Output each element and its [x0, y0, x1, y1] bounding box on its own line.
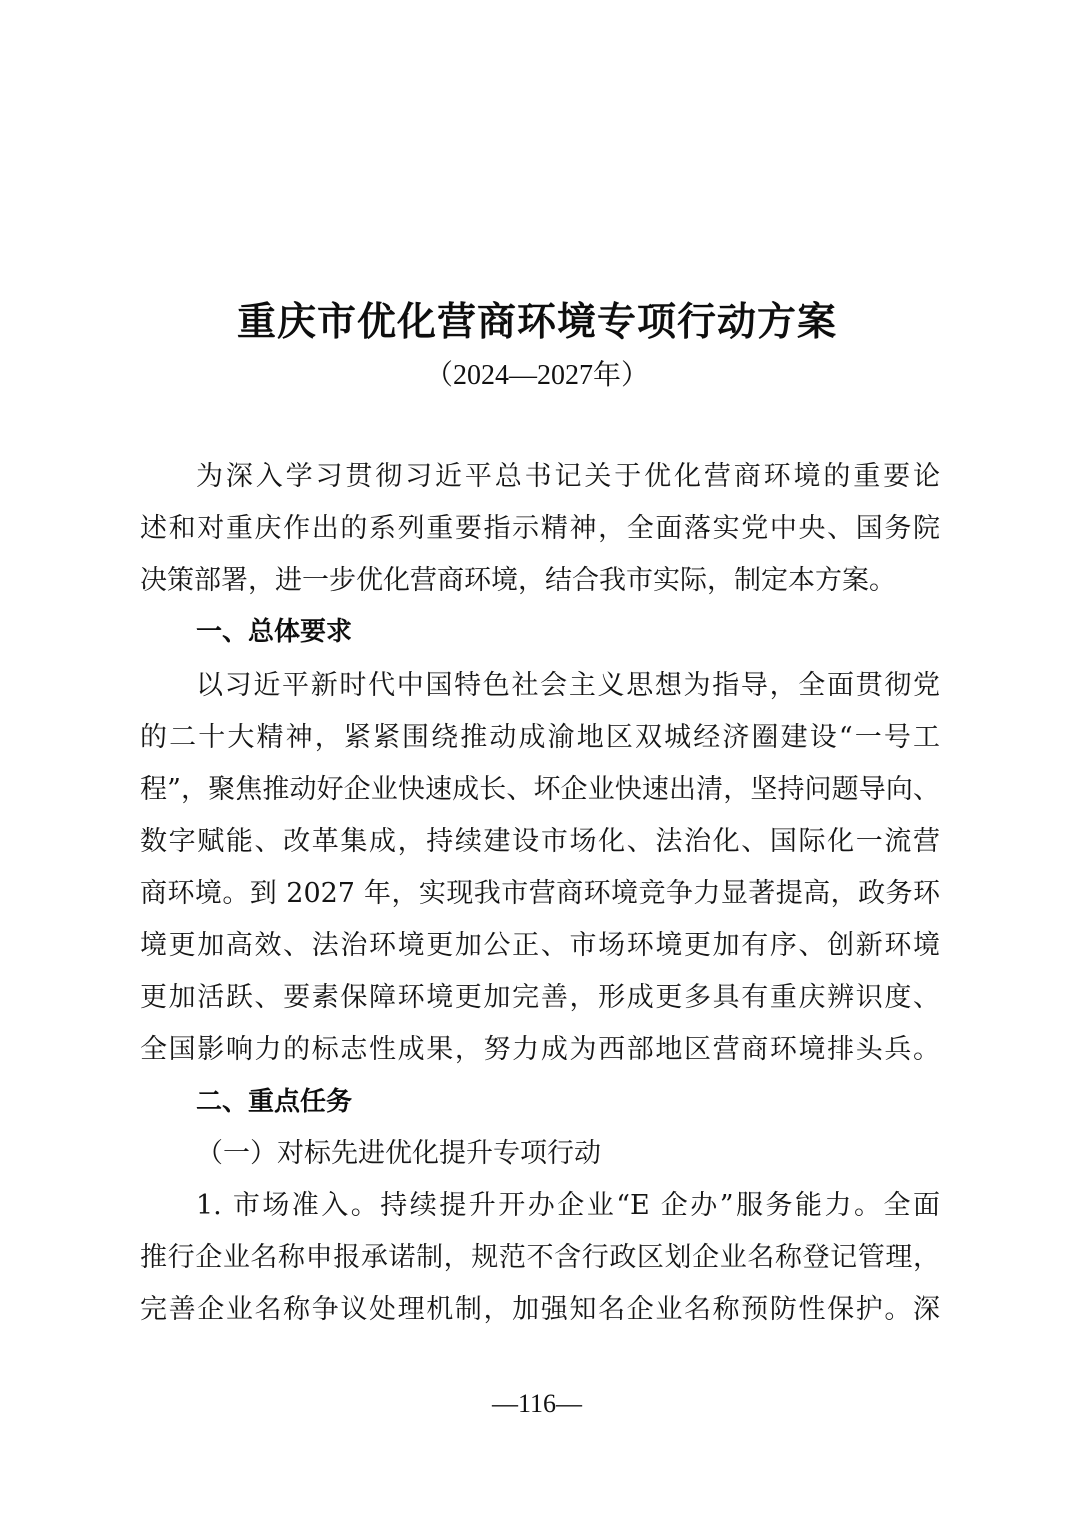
- section-heading-general-requirements: 一、总体要求: [196, 610, 940, 654]
- text-line: 决策部署，进一步优化营商环境，结合我市实际，制定本方案。: [140, 559, 940, 603]
- text-line: 数字赋能、改革集成，持续建设市场化、法治化、国际化一流营: [140, 820, 940, 864]
- text-line: 的二十大精神，紧紧围绕推动成渝地区双城经济圈建设“一号工: [140, 716, 940, 760]
- text-line: 商环境。到 2027 年，实现我市营商环境竞争力显著提高，政务环: [140, 872, 940, 916]
- text-line: 推行企业名称申报承诺制，规范不含行政区划企业名称登记管理，: [140, 1236, 940, 1280]
- section-heading-key-tasks: 二、重点任务: [196, 1080, 940, 1124]
- text-line: 程”，聚焦推动好企业快速成长、坏企业快速出清，坚持问题导向、: [140, 768, 940, 812]
- text-line: 更加活跃、要素保障环境更加完善，形成更多具有重庆辨识度、: [140, 976, 940, 1020]
- text-line: 完善企业名称争议处理机制，加强知名企业名称预防性保护。深: [140, 1288, 940, 1332]
- text-line: 为深入学习贯彻习近平总书记关于优化营商环境的重要论: [196, 455, 940, 499]
- text-line: 境更加高效、法治环境更加公正、市场环境更加有序、创新环境: [140, 924, 940, 968]
- text-line: 述和对重庆作出的系列重要指示精神，全面落实党中央、国务院: [140, 507, 940, 551]
- document-title: 重庆市优化营商环境专项行动方案: [0, 296, 1074, 348]
- text-line: 1. 市场准入。持续提升开办企业“E 企办”服务能力。全面: [196, 1184, 940, 1228]
- document-page: 重庆市优化营商环境专项行动方案 （2024—2027年） 为深入学习贯彻习近平总…: [0, 0, 1074, 1520]
- page-number: —116—: [0, 1386, 1074, 1422]
- text-line: 以习近平新时代中国特色社会主义思想为指导，全面贯彻党: [196, 664, 940, 708]
- subsection-heading: （一）对标先进优化提升专项行动: [196, 1132, 940, 1176]
- text-line: 全国影响力的标志性成果，努力成为西部地区营商环境排头兵。: [140, 1028, 940, 1072]
- document-subtitle: （2024—2027年）: [0, 356, 1074, 396]
